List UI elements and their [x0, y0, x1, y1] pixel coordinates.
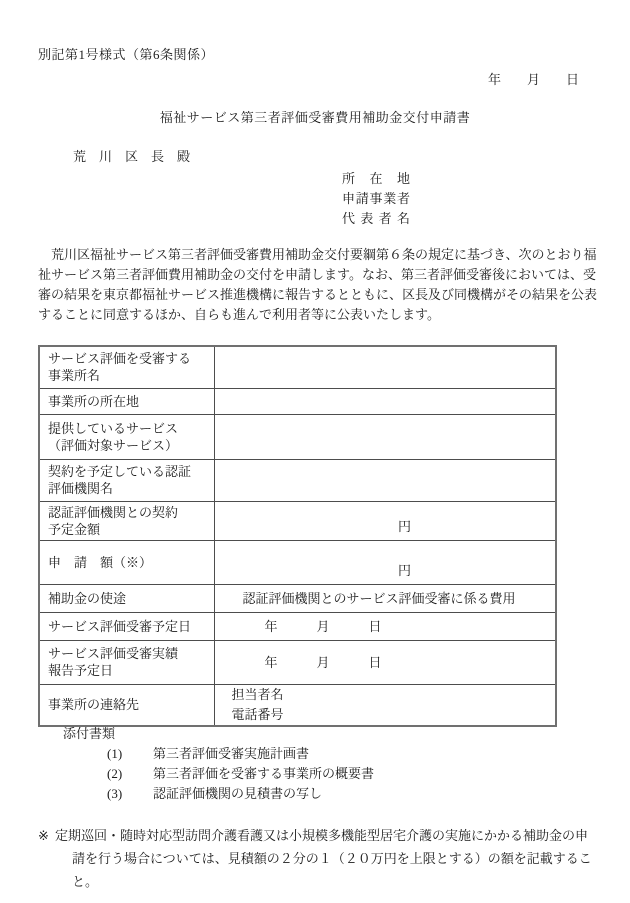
table-row: 事業所の連絡先 担当者名 電話番号 [39, 684, 556, 726]
row-value-application-amount-yen: 円 [214, 540, 556, 584]
table-row: 認証評価機関との契約 予定金額 円 [39, 501, 556, 540]
attachment-number: (2) [107, 764, 153, 784]
row-label-office-contact: 事業所の連絡先 [39, 684, 214, 726]
attachment-number: (1) [107, 744, 153, 764]
body-paragraph: 荒川区福祉サービス第三者評価受審費用補助金交付要綱第６条の規定に基づき、次のとお… [38, 245, 598, 325]
attachment-text: 第三者評価受審実施計画書 [153, 744, 309, 764]
document-title: 福祉サービス第三者評価受審費用補助金交付申請書 [0, 107, 630, 126]
table-row: 申 請 額（※） 円 [39, 540, 556, 584]
row-value-office-name [214, 346, 556, 388]
row-label-contract-amount: 認証評価機関との契約 予定金額 [39, 501, 214, 540]
table-row: サービス評価受審予定日 年 月 日 [39, 612, 556, 640]
attachment-text: 認証評価機関の見積書の写し [153, 784, 322, 804]
footnote-mark: ※ [38, 824, 49, 847]
date-fill-in-line: 年 月 日 [488, 69, 579, 88]
attachment-item: (3) 認証評価機関の見積書の写し [107, 784, 374, 804]
attachment-item: (1) 第三者評価受審実施計画書 [107, 744, 374, 764]
document-page: 別記第1号様式（第6条関係） 年 月 日 福祉サービス第三者評価受審費用補助金交… [0, 0, 630, 903]
row-label-evaluation-agency: 契約を予定している認証 評価機関名 [39, 459, 214, 501]
application-form-table: サービス評価を受審する 事業所名 事業所の所在地 提供しているサービス （評価対… [38, 345, 557, 727]
row-value-contract-amount-yen: 円 [214, 501, 556, 540]
attachment-number: (3) [107, 784, 153, 804]
row-label-result-report-date: サービス評価受審実績 報告予定日 [39, 640, 214, 684]
table-row: サービス評価を受審する 事業所名 [39, 346, 556, 388]
row-value-evaluation-planned-date: 年 月 日 [214, 612, 556, 640]
row-value-office-address [214, 388, 556, 414]
row-value-subsidy-use: 認証評価機関とのサービス評価受審に係る費用 [214, 584, 556, 612]
row-label-application-amount: 申 請 額（※） [39, 540, 214, 584]
table-row: 契約を予定している認証 評価機関名 [39, 459, 556, 501]
table-row: 補助金の使途 認証評価機関とのサービス評価受審に係る費用 [39, 584, 556, 612]
attachment-text: 第三者評価を受審する事業所の概要書 [153, 764, 374, 784]
footnote-text: 定期巡回・随時対応型訪問介護看護又は小規模多機能型居宅介護の実施にかかる補助金の… [72, 824, 598, 893]
table-row: 事業所の所在地 [39, 388, 556, 414]
footnote-section: ※ 定期巡回・随時対応型訪問介護看護又は小規模多機能型居宅介護の実施にかかる補助… [38, 824, 598, 893]
row-value-result-report-date: 年 月 日 [214, 640, 556, 684]
table-row: 提供しているサービス （評価対象サービス） [39, 414, 556, 459]
row-label-office-name: サービス評価を受審する 事業所名 [39, 346, 214, 388]
applicant-name-label: 申請事業者 [342, 189, 410, 209]
row-value-services-provided [214, 414, 556, 459]
attachments-heading: 添付書類 [63, 724, 374, 744]
applicant-signature-block: 所在地 申請事業者 代表者名 [342, 169, 410, 229]
row-label-subsidy-use: 補助金の使途 [39, 584, 214, 612]
applicant-representative-label: 代表者名 [342, 209, 410, 229]
attachment-item: (2) 第三者評価を受審する事業所の概要書 [107, 764, 374, 784]
addressee-line: 荒川区長殿 [73, 146, 203, 165]
attachments-section: 添付書類 (1) 第三者評価受審実施計画書 (2) 第三者評価を受審する事業所の… [63, 724, 374, 804]
row-value-office-contact: 担当者名 電話番号 [214, 684, 556, 726]
applicant-address-label: 所在地 [342, 169, 410, 189]
row-value-evaluation-agency [214, 459, 556, 501]
row-label-office-address: 事業所の所在地 [39, 388, 214, 414]
form-number: 別記第1号様式（第6条関係） [38, 44, 214, 63]
row-label-services-provided: 提供しているサービス （評価対象サービス） [39, 414, 214, 459]
table-row: サービス評価受審実績 報告予定日 年 月 日 [39, 640, 556, 684]
row-label-evaluation-planned-date: サービス評価受審予定日 [39, 612, 214, 640]
